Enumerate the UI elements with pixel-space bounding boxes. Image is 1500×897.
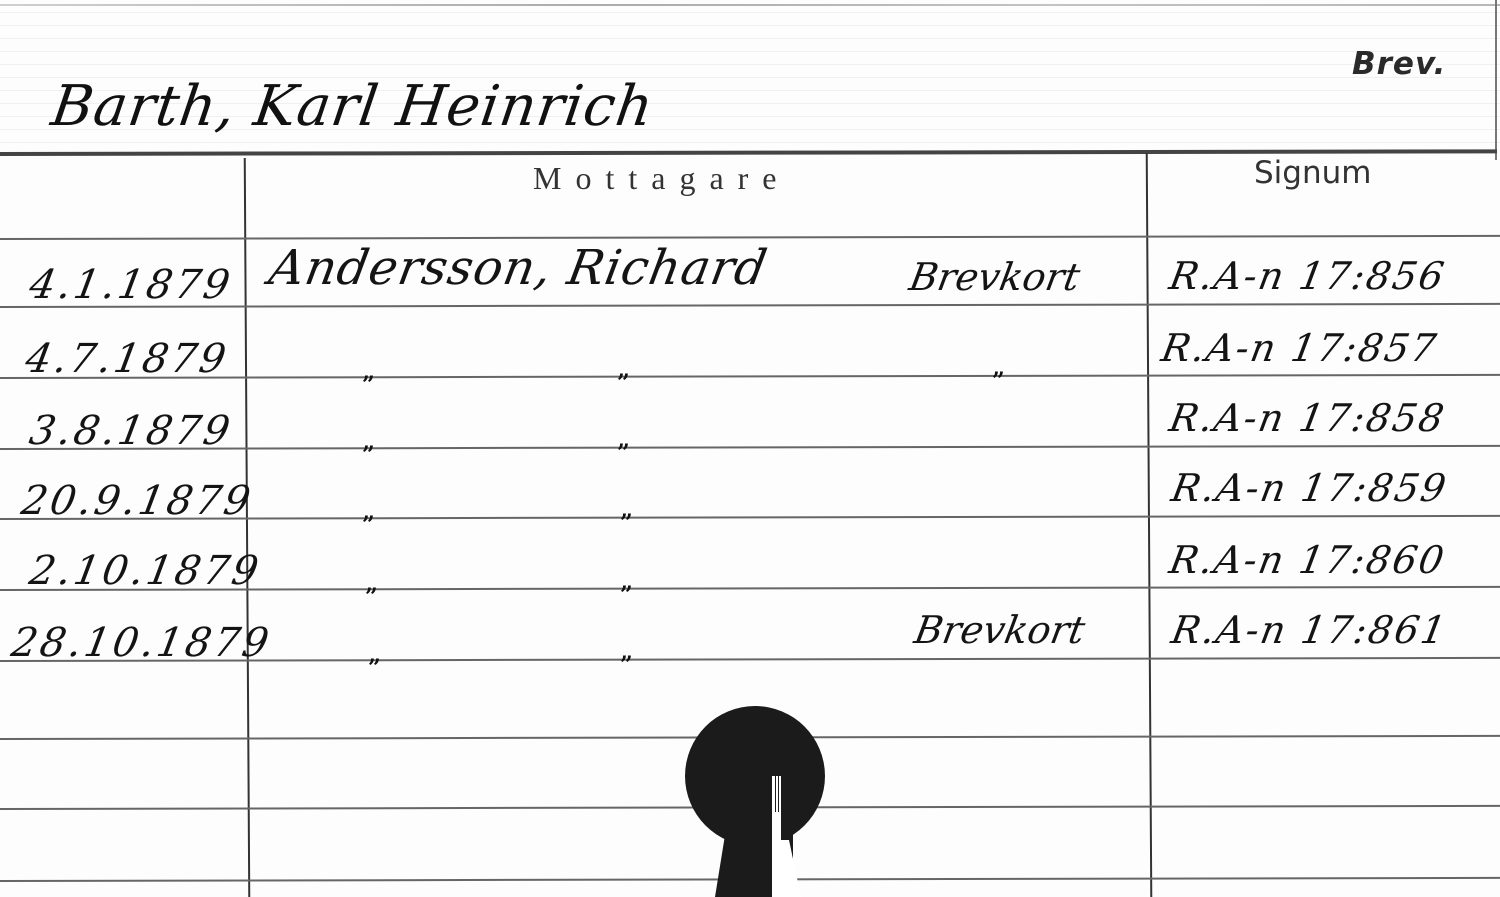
entry-signum: R.A-n 17:859 xyxy=(1168,466,1451,510)
card-top-edge xyxy=(0,4,1500,6)
entry-signum: R.A-n 17:857 xyxy=(1158,326,1441,370)
entry-type: Brevkort xyxy=(906,255,1083,299)
entry-date: 28.10.1879 xyxy=(8,620,275,666)
index-card: Brev. Barth, Karl Heinrich Mottagare Sig… xyxy=(0,0,1500,897)
entry-date: 2.10.1879 xyxy=(26,548,265,594)
entry-date: 20.9.1879 xyxy=(18,478,257,524)
entry-recipient: Andersson, Richard xyxy=(265,240,772,296)
ditto-mark-recipient-surname: ” xyxy=(362,372,375,398)
entry-signum: R.A-n 17:856 xyxy=(1166,254,1449,298)
ruled-line xyxy=(0,235,1500,240)
column-divider-date xyxy=(244,158,251,897)
entry-date: 4.7.1879 xyxy=(22,336,232,382)
entry-signum: R.A-n 17:860 xyxy=(1166,538,1449,582)
ditto-mark-recipient-surname: ” xyxy=(368,655,381,681)
ditto-mark-recipient-forename: ” xyxy=(620,510,633,536)
entry-date: 4.1.1879 xyxy=(26,262,236,308)
column-header-signum: Signum xyxy=(1254,155,1371,191)
entry-signum: R.A-n 17:861 xyxy=(1168,608,1451,652)
ditto-mark-recipient-forename: ” xyxy=(617,440,630,466)
ditto-mark-recipient-forename: ” xyxy=(620,582,633,608)
ditto-mark-recipient-surname: ” xyxy=(362,442,375,468)
column-header-recipient: Mottagare xyxy=(533,160,791,197)
entry-signum: R.A-n 17:858 xyxy=(1166,396,1449,440)
ditto-mark-type: ” xyxy=(992,368,1005,394)
ditto-mark-recipient-surname: ” xyxy=(365,584,378,610)
card-right-edge xyxy=(1495,0,1497,160)
person-name-handwritten: Barth, Karl Heinrich xyxy=(47,74,657,139)
entry-date: 3.8.1879 xyxy=(26,408,236,454)
column-divider-signum xyxy=(1146,153,1153,897)
entry-type: Brevkort xyxy=(911,608,1088,652)
ditto-mark-recipient-forename: ” xyxy=(620,652,633,678)
ditto-mark-recipient-forename: ” xyxy=(617,370,630,396)
category-label: Brev. xyxy=(1352,46,1446,82)
punch-hole-scan-artifact xyxy=(773,776,781,812)
ditto-mark-recipient-surname: ” xyxy=(362,512,375,538)
